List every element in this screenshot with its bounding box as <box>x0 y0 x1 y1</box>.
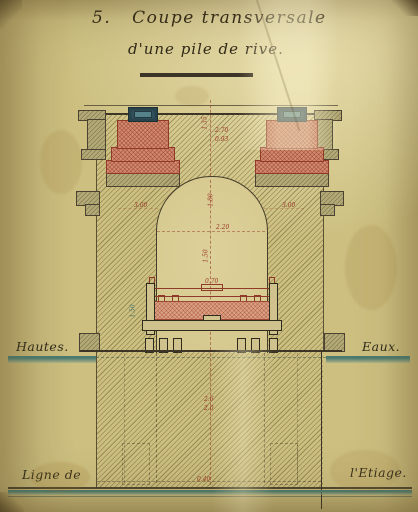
dim-base-a: 2.6 <box>204 397 214 403</box>
title-underline <box>140 73 253 77</box>
right-bearing-plate-core <box>283 111 301 118</box>
dim-arch-span: 2.20 <box>216 225 229 231</box>
arch-springing-line <box>157 231 265 232</box>
left-foundation-outline <box>122 443 150 485</box>
base-axis-right-wall <box>264 353 265 483</box>
title-line-1: 5. Coupe transversale <box>92 8 327 28</box>
right-molding-step <box>320 204 335 216</box>
high-water-band-left <box>8 356 96 363</box>
label-ligne-de: Ligne de <box>22 467 81 482</box>
dim-base-b: 2.0 <box>204 406 214 412</box>
left-plinth-socle <box>106 172 180 187</box>
high-water-dashed-center <box>96 357 326 358</box>
dim-bottom: 0.40 <box>197 477 210 483</box>
label-etiage: l'Etiage. <box>350 465 407 480</box>
left-bearing-plate-core <box>134 111 152 118</box>
paper-stain-2 <box>345 225 397 310</box>
left-molding-step <box>85 204 100 216</box>
left-bearing-plate <box>128 107 158 122</box>
dim-top-b: 0.93 <box>215 137 228 143</box>
right-plinth-course-3 <box>255 160 329 174</box>
paper-stain-1 <box>40 130 82 194</box>
etiage-underline <box>8 496 412 497</box>
axis-center-upper <box>210 100 211 176</box>
right-bearing-plate <box>277 107 307 122</box>
dim-mass-right: 3.00 <box>282 203 295 209</box>
right-plinth-socle <box>255 172 329 187</box>
left-cornice-step <box>81 149 106 160</box>
deck-top-line <box>84 105 338 106</box>
dim-arch-mid: 1.50 <box>204 249 210 262</box>
corner-shadow-bottom-left <box>0 492 24 512</box>
dim-top-a: 2.70 <box>215 128 228 134</box>
left-cornice-body <box>87 119 106 151</box>
label-hautes: Hautes. <box>16 339 69 354</box>
right-plinth-course-1 <box>266 120 318 149</box>
etiage-band <box>8 490 412 495</box>
figure-number: 5. <box>92 8 111 28</box>
right-plinth-course-2 <box>260 147 324 162</box>
right-foundation-outline <box>270 443 298 485</box>
label-eaux: Eaux. <box>362 339 400 354</box>
corner-shadow-top-right <box>390 0 418 16</box>
high-water-band-right <box>326 356 410 363</box>
left-plinth-course-3 <box>106 160 180 174</box>
base-right-edge-line <box>321 352 323 509</box>
title-text: Coupe transversale <box>132 8 326 28</box>
title-line-2: d'une pile de rive. <box>128 40 284 58</box>
base-axis-left-wall <box>156 353 157 483</box>
etiage-line <box>8 487 412 489</box>
dim-gate-height: 1.50 <box>131 304 137 317</box>
corner-shadow-top-left <box>0 0 22 28</box>
left-plinth-course-2 <box>111 147 175 162</box>
dim-top-center: 1.35 <box>203 116 209 129</box>
paper-stain-4 <box>175 86 209 106</box>
gate-black-platform <box>142 320 282 331</box>
drawing-sheet: 5. Coupe transversale d'une pile de rive… <box>0 0 418 512</box>
dim-platform: 0.70 <box>205 279 218 285</box>
dim-arch-crown: 1.80 <box>209 193 215 206</box>
left-plinth-course-1 <box>117 120 169 149</box>
dim-mass-left: 3.00 <box>134 203 147 209</box>
